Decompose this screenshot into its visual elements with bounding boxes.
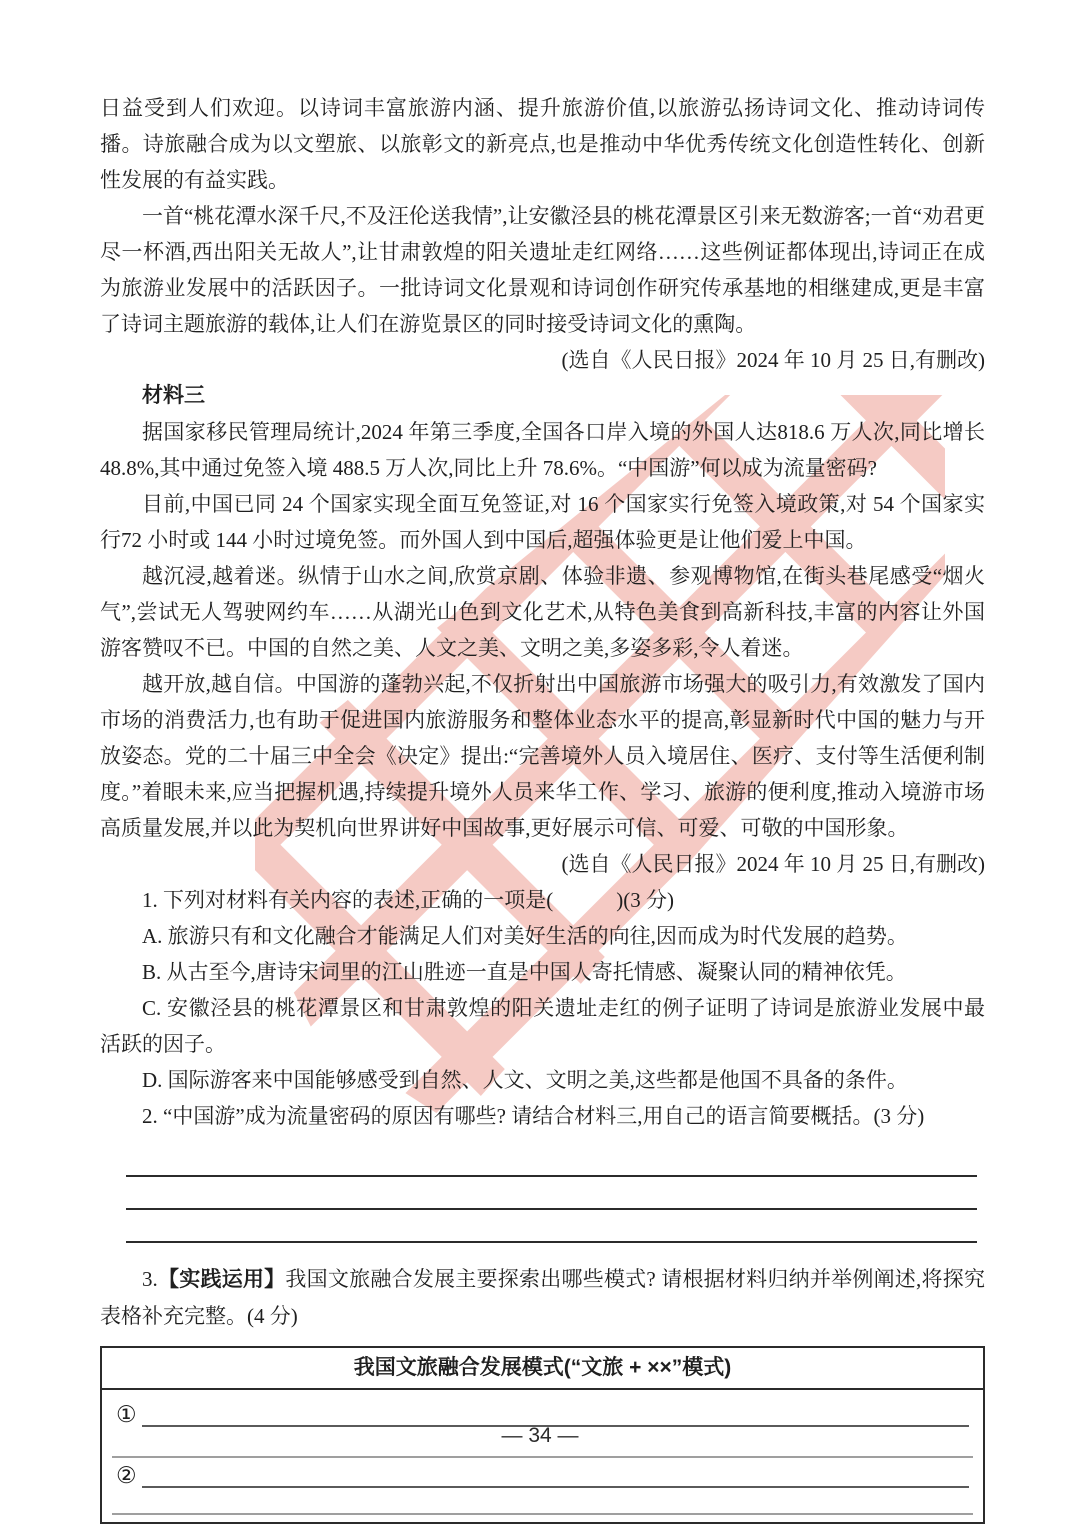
question-3-tag: 【实践运用】 xyxy=(158,1268,286,1291)
question-1-option-c: C. 安徽泾县的桃花潭景区和甘肃敦煌的阳关遗址走红的例子证明了诗词是旅游业发展中… xyxy=(100,990,985,1062)
body-paragraph: 越开放,越自信。中国游的蓬勃兴起,不仅折射出中国旅游市场强大的吸引力,有效激发了… xyxy=(100,666,985,846)
table-header: 我国文旅融合发展模式(“文旅 + ××”模式) xyxy=(102,1348,983,1390)
body-paragraph: 目前,中国已同 24 个国家实现全面互免签证,对 16 个国家实行免签入境政策,… xyxy=(100,486,985,558)
question-1-option-d: D. 国际游客来中国能够感受到自然、人文、文明之美,这些都是他国不具备的条件。 xyxy=(100,1062,985,1098)
source-attribution: (选自《人民日报》2024 年 10 月 25 日,有删改) xyxy=(100,342,985,378)
question-1-option-a: A. 旅游只有和文化融合才能满足人们对美好生活的向往,因而成为时代发展的趋势。 xyxy=(100,918,985,954)
answer-line xyxy=(126,1210,977,1243)
table-body: ① ② xyxy=(102,1390,983,1522)
source-attribution: (选自《人民日报》2024 年 10 月 25 日,有删改) xyxy=(100,846,985,882)
body-paragraph: 据国家移民管理局统计,2024 年第三季度,全国各口岸入境的外国人达818.6 … xyxy=(100,414,985,486)
page-content: 日益受到人们欢迎。以诗词丰富旅游内涵、提升旅游价值,以旅游弘扬诗词文化、推动诗词… xyxy=(100,90,985,1524)
question-2: 2. “中国游”成为流量密码的原因有哪些? 请结合材料三,用自己的语言简要概括。… xyxy=(100,1098,985,1134)
question-3: 3.【实践运用】我国文旅融合发展主要探索出哪些模式? 请根据材料归纳并举例阐述,… xyxy=(100,1261,985,1334)
body-paragraph: 一首“桃花潭水深千尺,不及汪伦送我情”,让安徽泾县的桃花潭景区引来无数游客;一首… xyxy=(100,198,985,342)
body-paragraph: 越沉浸,越着迷。纵情于山水之间,欣赏京剧、体验非遗、参观博物馆,在街头巷尾感受“… xyxy=(100,558,985,666)
answer-line xyxy=(112,1488,973,1515)
question-2-answer-area xyxy=(126,1144,977,1243)
exam-page: 日益受到人们欢迎。以诗词丰富旅游内涵、提升旅游价值,以旅游弘扬诗词文化、推动诗词… xyxy=(0,0,1080,1525)
table-row: ① xyxy=(116,1390,969,1427)
question-1-option-b: B. 从古至今,唐诗宋词里的江山胜迹一直是中国人寄托情感、凝聚认同的精神依凭。 xyxy=(100,954,985,990)
answer-line xyxy=(126,1177,977,1210)
row-2-label: ② xyxy=(116,1464,137,1488)
table-row: ② xyxy=(116,1458,969,1488)
answer-line xyxy=(126,1144,977,1177)
question-1: 1. 下列对材料有关内容的表述,正确的一项是( )(3 分) xyxy=(100,882,985,918)
body-paragraph-continuation: 日益受到人们欢迎。以诗词丰富旅游内涵、提升旅游价值,以旅游弘扬诗词文化、推动诗词… xyxy=(100,90,985,198)
question-3-number: 3. xyxy=(142,1267,158,1291)
material-three-heading: 材料三 xyxy=(100,378,985,414)
answer-line xyxy=(142,1486,969,1488)
page-number: — 34 — xyxy=(0,1424,1080,1448)
